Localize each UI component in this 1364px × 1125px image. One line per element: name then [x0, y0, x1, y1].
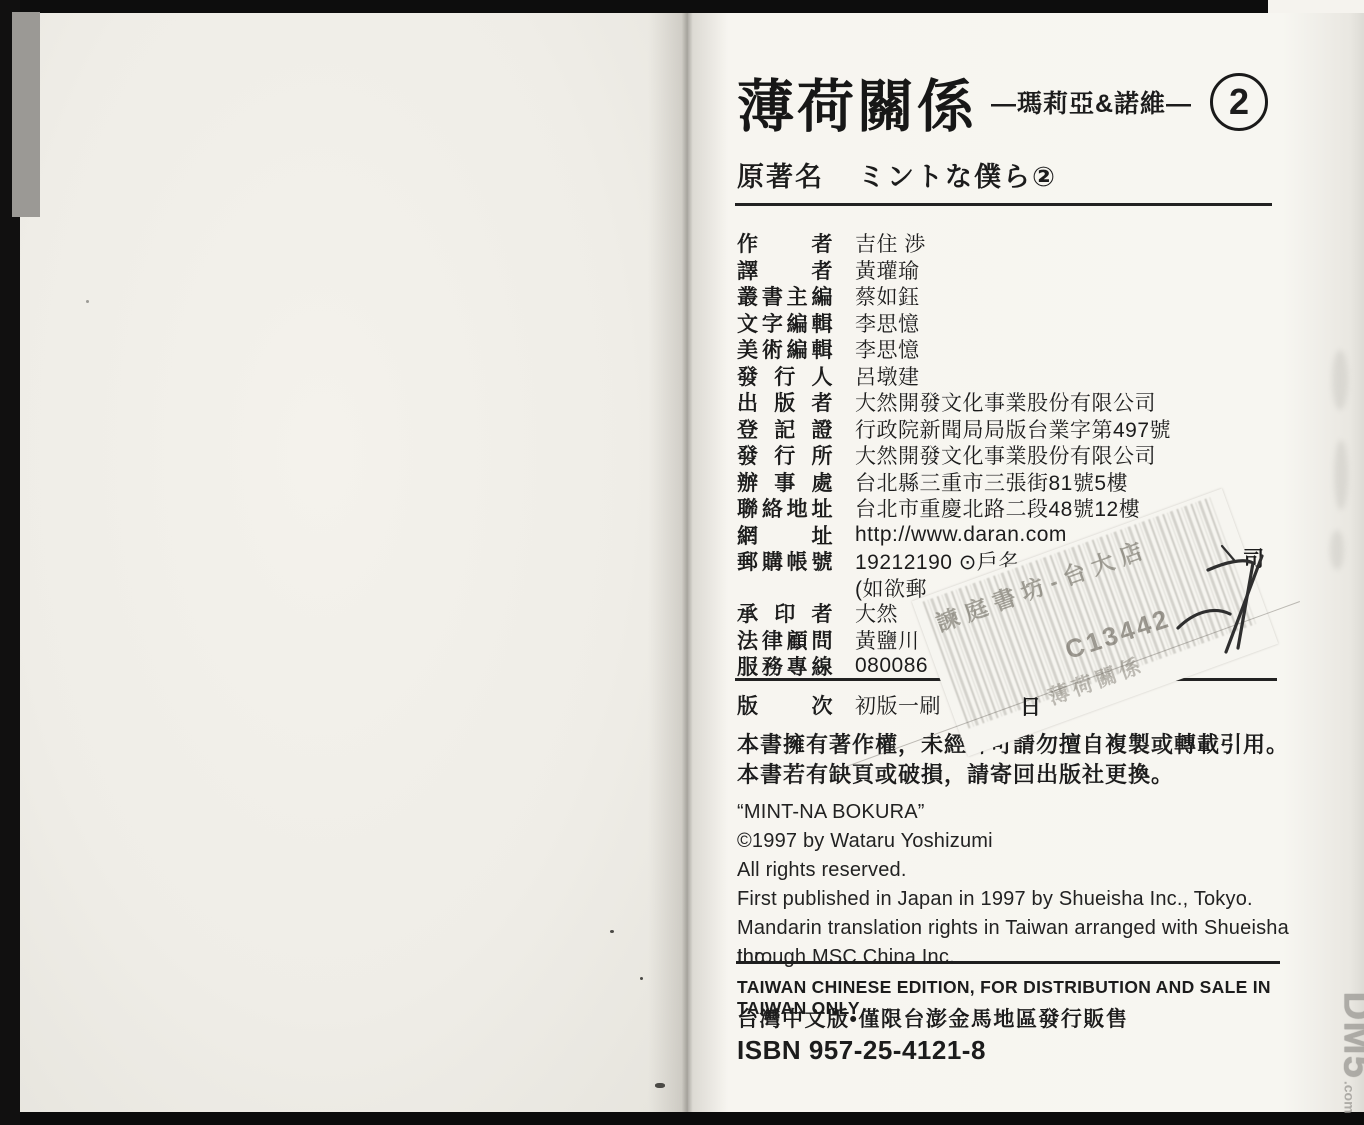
credit-row: 文字編輯 李思憶 [737, 310, 1277, 337]
credit-label: 美術編輯 [737, 334, 833, 364]
credit-label: 叢書主編 [737, 281, 833, 311]
original-title-label: 原著名 [737, 155, 824, 194]
credit-label: 法律顧問 [737, 625, 833, 655]
dm5-watermark: DM5 .com [1335, 991, 1364, 1113]
credit-value: 吉住 渉 [855, 228, 926, 258]
isbn-number: ISBN 957-25-4121-8 [737, 1035, 1337, 1066]
edition-value: 初版一刷 [855, 690, 941, 720]
english-line: Mandarin translation rights in Taiwan ar… [737, 914, 1317, 943]
credit-row: 登記證 行政院新聞局局版台業字第497號 [737, 416, 1277, 443]
credit-label: 發行人 [737, 361, 833, 391]
notice-line: 本書若有缺頁或破損，請寄回出版社更換。 [737, 760, 1297, 790]
scan-edge-gray-patch [12, 12, 40, 217]
dust-speck [86, 300, 89, 303]
credit-value: 呂墩建 [855, 361, 920, 391]
credit-value: 李思憶 [855, 308, 920, 338]
credit-row: 美術編輯 李思憶 [737, 336, 1277, 363]
book-subtitle: —瑪莉亞&諾維— [991, 84, 1192, 120]
scan-stain [1330, 530, 1344, 570]
credit-label: 譯者 [737, 255, 833, 285]
credit-value: 台北市重慶北路二段48號12樓 [855, 493, 1140, 523]
credit-label: 聯絡地址 [737, 493, 833, 523]
scan-edge-top [0, 0, 1268, 13]
separator-rule-top [735, 203, 1272, 206]
dust-speck [655, 1083, 665, 1088]
english-line: All rights reserved. [737, 856, 1317, 885]
title-block: 薄荷關係 —瑪莉亞&諾維— 2 [737, 62, 1277, 142]
english-line: ©1997 by Wataru Yoshizumi [737, 827, 1317, 856]
credit-value: 大然 [855, 598, 898, 628]
credit-row: 作者 吉住 渉 [737, 230, 1277, 257]
credit-value: 蔡如鈺 [855, 281, 920, 311]
credit-row: 發行所 大然開發文化事業股份有限公司 [737, 442, 1277, 469]
book-gutter-shadow [648, 13, 728, 1112]
scan-edge-bottom [0, 1112, 1364, 1125]
edition-label: 版次 [737, 690, 833, 720]
credit-row: 發行人 呂墩建 [737, 363, 1277, 390]
credit-label: 登記證 [737, 414, 833, 444]
edition-date-fragment: 日 [1020, 691, 1041, 721]
english-line: “MINT-NA BOKURA” [737, 798, 1317, 827]
taiwan-edition-line-chinese: 台灣中文版•僅限台澎金馬地區發行販售 [737, 1003, 1337, 1033]
credit-label: 出版者 [737, 387, 833, 417]
dust-speck [640, 977, 643, 980]
credit-value: 黃鹽川 [855, 625, 920, 655]
left-blank-page [20, 13, 688, 1112]
english-line: First published in Japan in 1997 by Shue… [737, 885, 1317, 914]
credit-label: 郵購帳號 [737, 546, 833, 576]
scan-stain [1332, 350, 1348, 410]
credit-value: 李思憶 [855, 334, 920, 364]
credit-row: 叢書主編 蔡如鈺 [737, 283, 1277, 310]
circled-2-volume-badge: 2 [1210, 73, 1268, 131]
separator-rule-bottom [736, 961, 1280, 964]
original-title-row: 原著名 ミントな僕ら② [737, 155, 1277, 194]
english-line: through MSC China Inc. [737, 943, 1317, 972]
scan-stain [1334, 440, 1348, 510]
dm5-watermark-suffix: .com [1342, 1081, 1358, 1114]
credit-label: 辦事處 [737, 467, 833, 497]
credit-label: 網址 [737, 520, 833, 550]
english-rights-block: “MINT-NA BOKURA” ©1997 by Wataru Yoshizu… [737, 798, 1317, 972]
handwritten-mark [1150, 530, 1310, 670]
credit-value: 行政院新聞局局版台業字第497號 [855, 414, 1171, 444]
credit-value: 台北縣三重市三張街81號5樓 [855, 467, 1128, 497]
credit-label: 作者 [737, 228, 833, 258]
credit-label: 發行所 [737, 440, 833, 470]
original-title: ミントな僕ら② [858, 155, 1057, 194]
credit-label: 承印者 [737, 598, 833, 628]
credit-value: 黃瓘瑜 [855, 255, 920, 285]
copyright-notices: 本書擁有著作權，未經許可請勿擅自複製或轉載引用。 本書若有缺頁或破損，請寄回出版… [737, 730, 1297, 790]
book-title: 薄荷關係 [737, 61, 977, 143]
credit-row: 譯者 黃瓘瑜 [737, 257, 1277, 284]
dm5-watermark-brand: DM5 [1335, 991, 1364, 1078]
credit-row: 出版者 大然開發文化事業股份有限公司 [737, 389, 1277, 416]
credit-value: 080086 [855, 654, 928, 678]
credit-value: http://www.daran.com [855, 523, 1067, 547]
credit-value: 大然開發文化事業股份有限公司 [855, 440, 1156, 470]
credit-label: 服務專線 [737, 651, 833, 681]
credit-label: 文字編輯 [737, 308, 833, 338]
credit-value: 大然開發文化事業股份有限公司 [855, 387, 1156, 417]
credit-row: 辦事處 台北縣三重市三張街81號5樓 [737, 469, 1277, 496]
dust-speck [610, 930, 614, 933]
